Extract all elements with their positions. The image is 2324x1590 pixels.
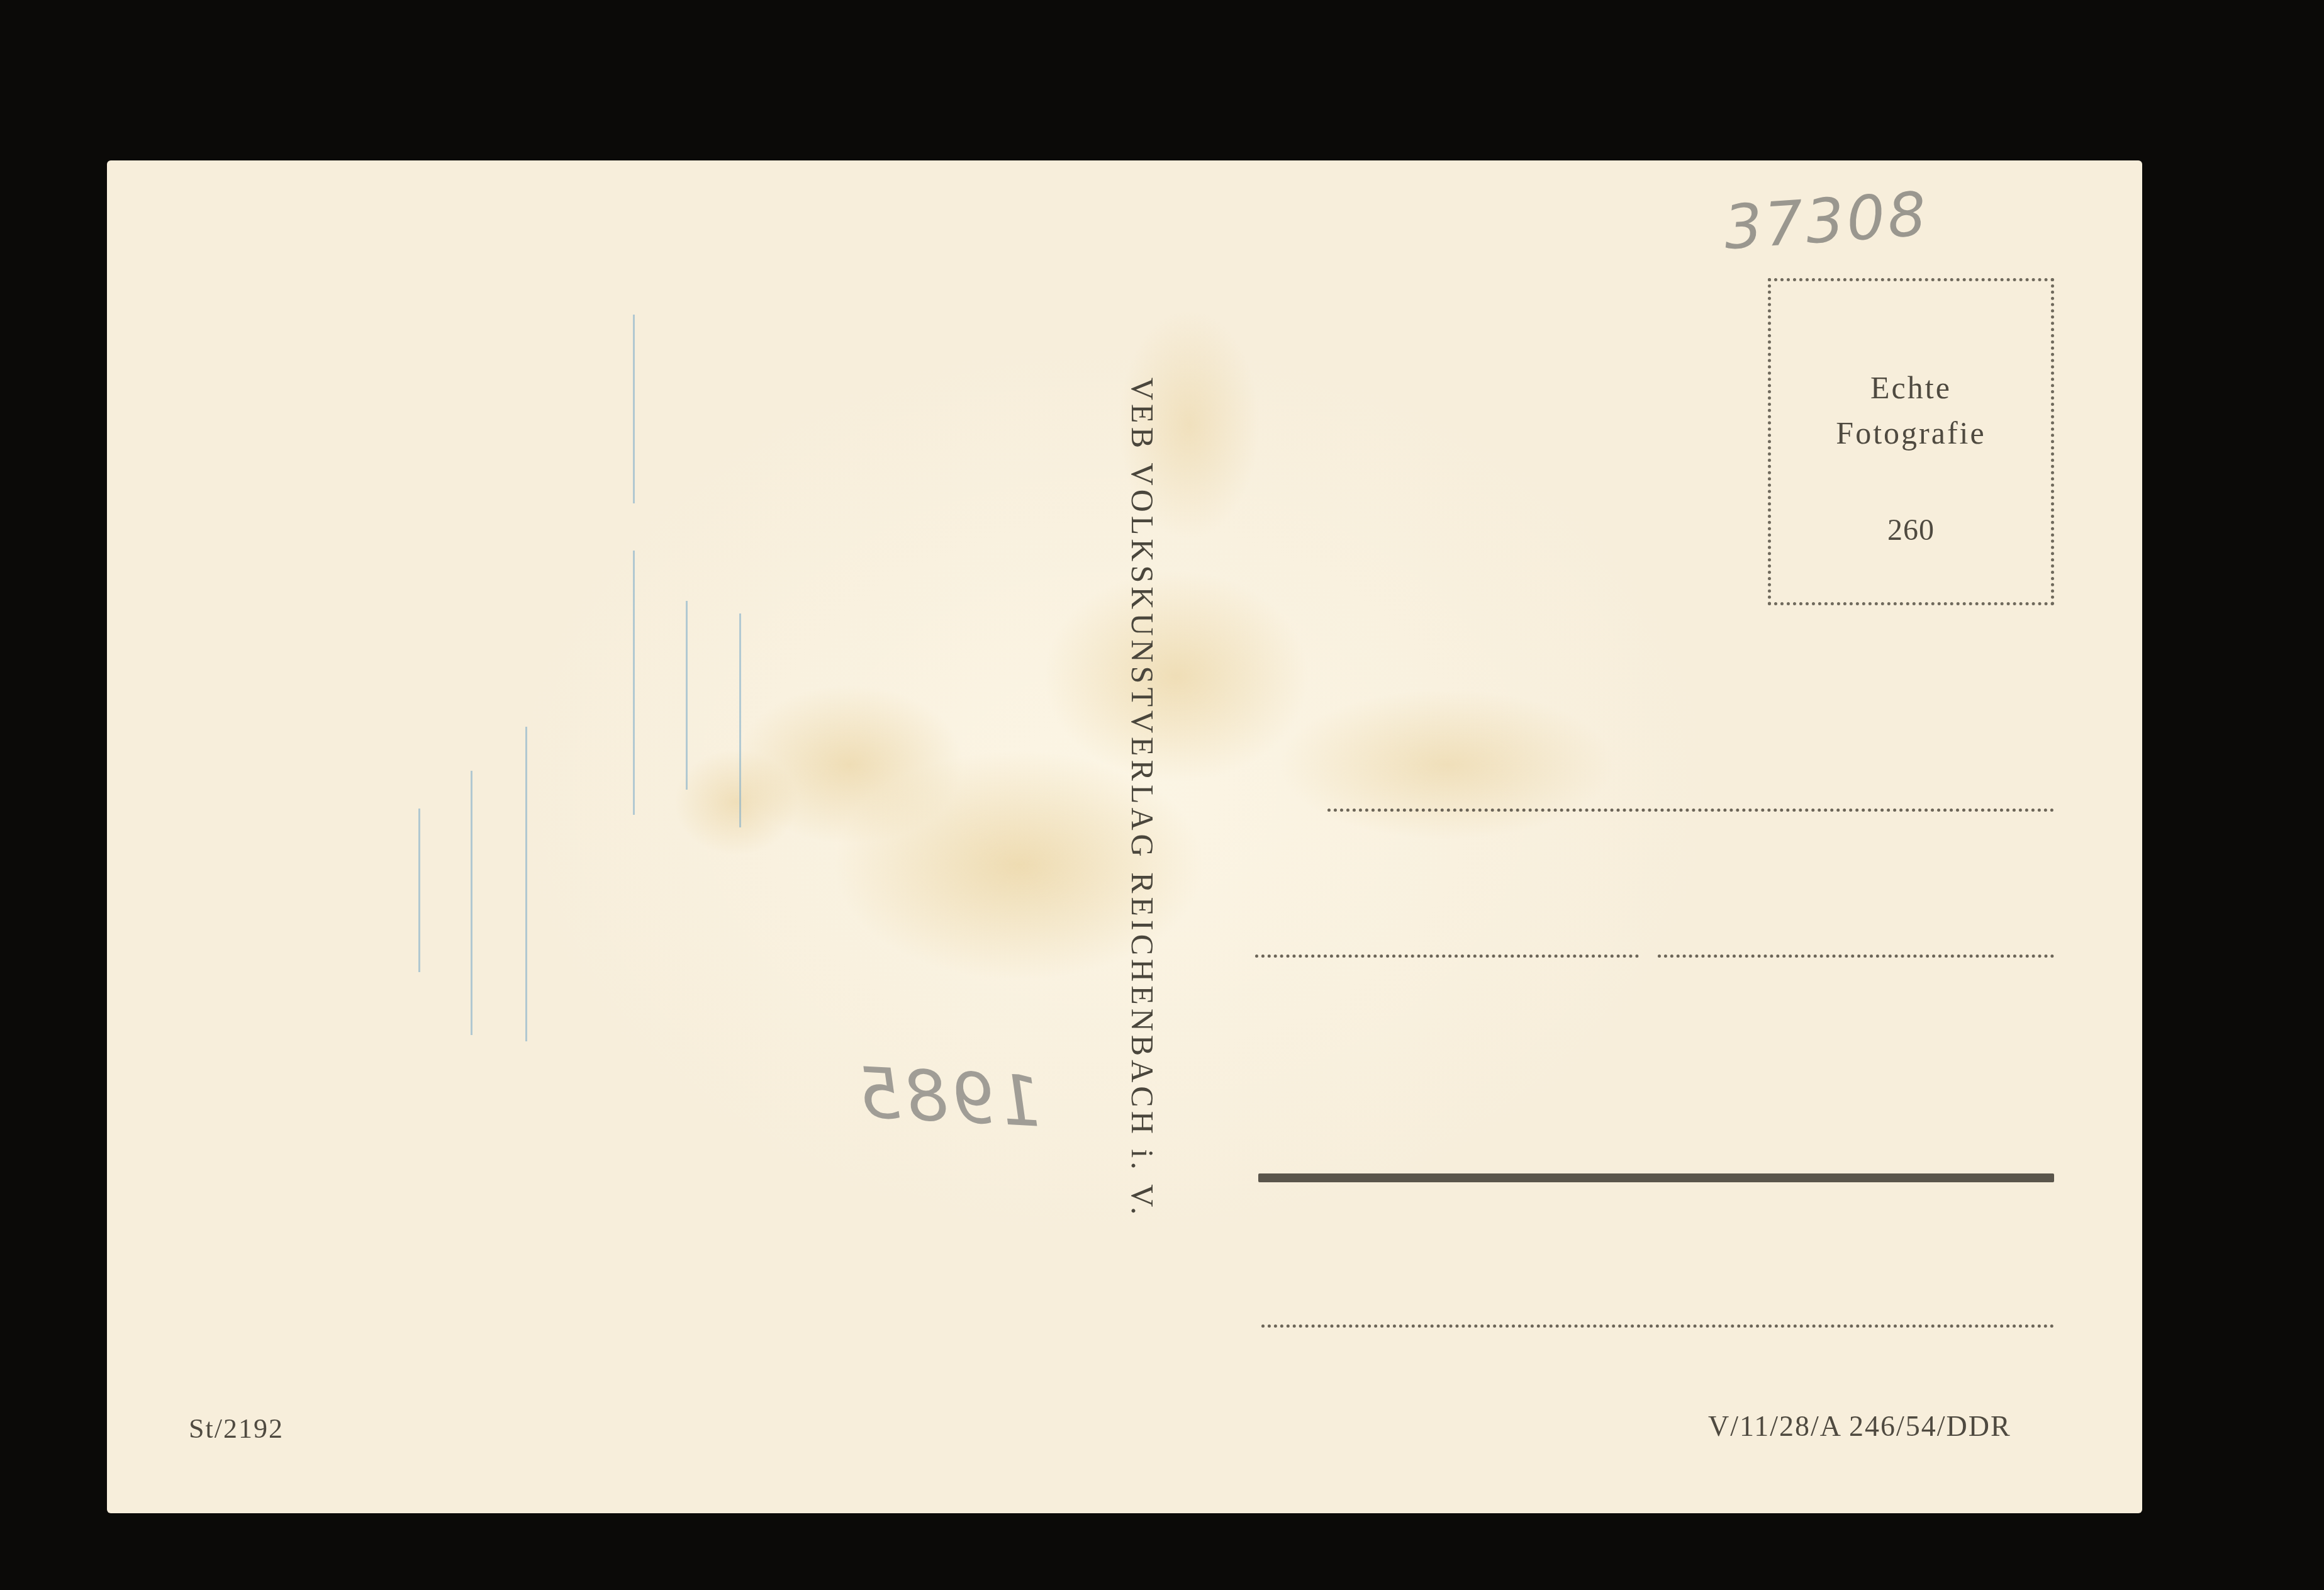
- address-line-3-destination: [1258, 1173, 2054, 1182]
- bleed-rule: [418, 809, 420, 972]
- bleed-rule: [739, 613, 741, 827]
- postcard-back: 37308 Echte Fotografie 260 VEB VOLKSKUNS…: [107, 160, 2142, 1513]
- address-line-4: [1261, 1324, 2054, 1328]
- handwritten-reference-number: 37308: [1721, 179, 1930, 263]
- bleed-rule: [633, 551, 635, 815]
- bleed-rule: [633, 315, 635, 503]
- address-line-1: [1327, 809, 2054, 812]
- address-line-2b: [1658, 955, 2054, 958]
- print-code-left: St/2192: [189, 1413, 284, 1445]
- address-line-2a: [1255, 955, 1639, 958]
- bleed-rule: [525, 727, 527, 1041]
- print-code-right: V/11/28/A 246/54/DDR: [1708, 1409, 2011, 1443]
- stamp-label-echte: Echte: [1771, 369, 2051, 406]
- publisher-imprint: VEB VOLKSKUNSTVERLAG REICHENBACH i. V.: [1123, 378, 1161, 1346]
- stamp-box: Echte Fotografie 260: [1768, 278, 2054, 605]
- stamp-number: 260: [1771, 513, 2051, 547]
- bleed-rule: [686, 601, 688, 790]
- bleed-rule: [471, 771, 472, 1035]
- stamp-label-fotografie: Fotografie: [1771, 415, 2051, 451]
- handwritten-year-note: 1985: [854, 1052, 1044, 1142]
